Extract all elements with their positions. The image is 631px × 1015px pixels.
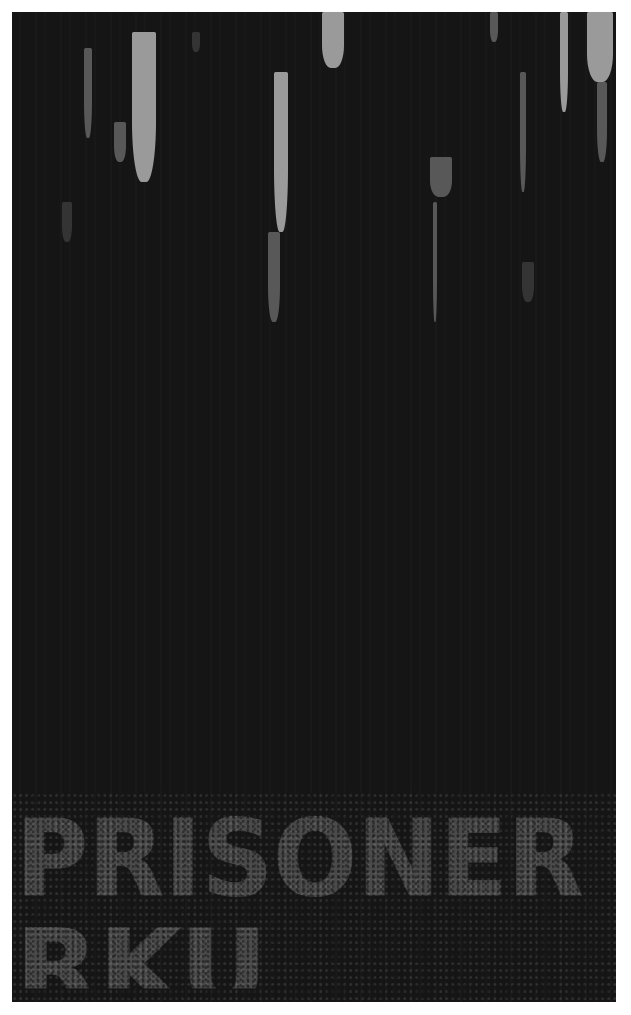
paint-streak — [597, 82, 607, 162]
title-line-2: RKU — [16, 916, 268, 988]
paint-streak — [430, 157, 452, 197]
paint-streak — [490, 12, 498, 42]
paint-streak — [322, 12, 344, 68]
cover-artwork: PRISONER RKU — [12, 12, 616, 1002]
paint-streak — [132, 32, 156, 182]
title-line-1: PRISONER — [16, 806, 584, 913]
paint-streak — [192, 32, 200, 52]
paint-streak — [520, 72, 526, 192]
paint-streak — [560, 12, 568, 112]
paint-streak — [522, 262, 534, 302]
paint-streak — [433, 202, 437, 322]
paint-streak — [62, 202, 72, 242]
paint-streak — [114, 122, 126, 162]
paint-streak — [84, 48, 92, 138]
paint-streak — [587, 12, 613, 82]
paint-streak — [274, 72, 288, 232]
cover-title: PRISONER RKU — [12, 790, 616, 1002]
paint-streak — [268, 232, 280, 322]
